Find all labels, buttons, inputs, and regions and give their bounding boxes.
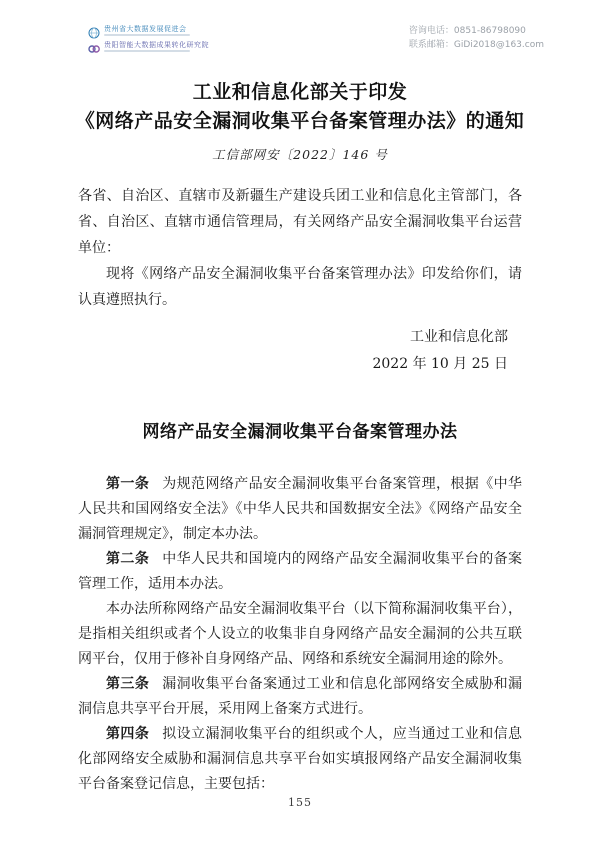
- article-1: 第一条为规范网络产品安全漏洞收集平台备案管理，根据《中华人民共和国网络安全法》《…: [78, 472, 522, 547]
- notice-title-line2: 《网络产品安全漏洞收集平台备案管理办法》的通知: [0, 107, 600, 136]
- article-3-label: 第三条: [106, 676, 149, 692]
- articles-section: 第一条为规范网络产品安全漏洞收集平台备案管理，根据《中华人民共和国网络安全法》《…: [78, 472, 522, 797]
- measures-title: 网络产品安全漏洞收集平台备案管理办法: [78, 419, 522, 445]
- article-2: 第二条中华人民共和国境内的网络产品安全漏洞收集平台的备案管理工作，适用本办法。: [78, 547, 522, 597]
- page-header: 贵州省大数据发展促进会 贵阳智能大数据成果转化研究院 咨询电话：0851-8: [88, 24, 544, 52]
- document-page: 贵州省大数据发展促进会 贵阳智能大数据成果转化研究院 咨询电话：0851-8: [0, 0, 600, 848]
- document-body: 各省、自治区、直辖市及新疆生产建设兵团工业和信息化主管部门，各省、自治区、直辖市…: [78, 183, 522, 797]
- article-4: 第四条拟设立漏洞收集平台的组织或个人，应当通过工业和信息化部网络安全威胁和漏洞信…: [78, 722, 522, 797]
- document-number: 工信部网安〔2022〕146 号: [0, 145, 600, 163]
- page-footer: 155: [0, 791, 600, 810]
- article-3: 第三条漏洞收集平台备案通过工业和信息化部网络安全威胁和漏洞信息共享平台开展，采用…: [78, 672, 522, 722]
- association-name: 贵州省大数据发展促进会: [104, 25, 190, 33]
- article-2-label: 第二条: [106, 551, 149, 567]
- article-2-definition-text: 本办法所称网络产品安全漏洞收集平台（以下简称漏洞收集平台），是指相关组织或者个人…: [78, 601, 522, 667]
- notice-body-paragraph: 现将《网络产品安全漏洞收集平台备案管理办法》印发给你们，请认真遵照执行。: [78, 261, 522, 313]
- logo-association: 贵州省大数据发展促进会: [88, 24, 209, 36]
- institute-subtitle-line: [104, 50, 190, 52]
- logo-institute: 贵阳智能大数据成果转化研究院: [88, 40, 209, 52]
- article-1-label: 第一条: [106, 476, 149, 492]
- contact-phone: 咨询电话：0851-86798090: [409, 24, 544, 38]
- page-number: 155: [288, 796, 312, 809]
- article-2-definition: 本办法所称网络产品安全漏洞收集平台（以下简称漏洞收集平台），是指相关组织或者个人…: [78, 597, 522, 672]
- notice-title-block: 工业和信息化部关于印发 《网络产品安全漏洞收集平台备案管理办法》的通知 工信部网…: [0, 78, 600, 163]
- signature-org: 工业和信息化部: [78, 324, 508, 351]
- signature-block: 工业和信息化部 2022 年 10 月 25 日: [78, 324, 522, 378]
- institute-name: 贵阳智能大数据成果转化研究院: [104, 41, 209, 49]
- signature-date: 2022 年 10 月 25 日: [78, 351, 508, 378]
- org-logos: 贵州省大数据发展促进会 贵阳智能大数据成果转化研究院: [88, 24, 209, 52]
- association-globe-icon: [88, 24, 100, 36]
- association-subtitle-line: [104, 34, 190, 36]
- notice-title-line1: 工业和信息化部关于印发: [0, 78, 600, 107]
- institute-rings-icon: [88, 40, 100, 52]
- contact-info: 咨询电话：0851-86798090 联系邮箱：GiDi2018@163.com: [409, 24, 544, 52]
- contact-email: 联系邮箱：GiDi2018@163.com: [409, 38, 544, 52]
- article-4-label: 第四条: [106, 726, 149, 742]
- salutation-paragraph: 各省、自治区、直辖市及新疆生产建设兵团工业和信息化主管部门，各省、自治区、直辖市…: [78, 183, 522, 261]
